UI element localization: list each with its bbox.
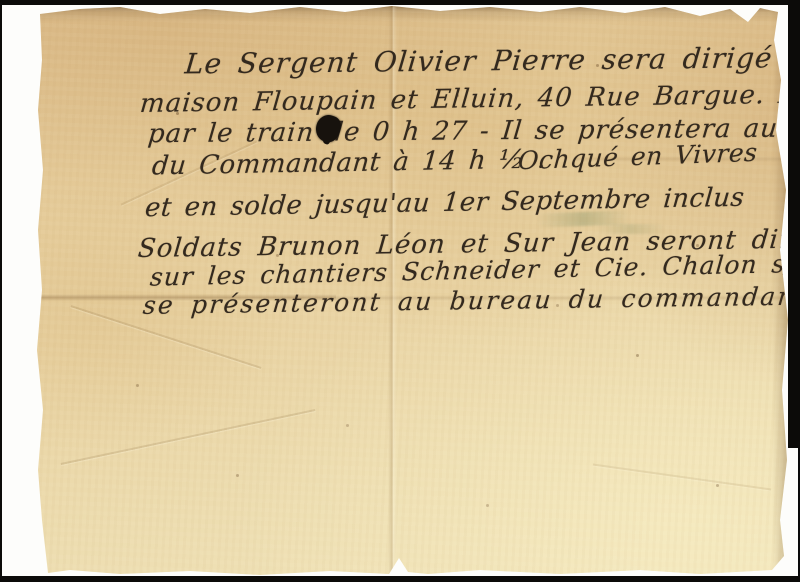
scan-border-left bbox=[0, 0, 2, 582]
handwritten-line-2: maison Floupain et Elluin, 40 Rue Bargue… bbox=[139, 79, 800, 119]
paper-crease bbox=[61, 409, 316, 465]
handwritten-line-5: et en solde jusqu'au 1er Septembre inclu… bbox=[144, 183, 746, 224]
scan-border-bottom bbox=[0, 576, 800, 582]
paper-crease bbox=[593, 463, 772, 490]
scanned-document-image: Le Sergent Olivier Pierre sera dirigé su… bbox=[0, 0, 800, 582]
document-paper: Le Sergent Olivier Pierre sera dirigé su… bbox=[36, 4, 788, 576]
handwritten-line-4: du Commandant à 14 h ½ . bbox=[151, 145, 548, 182]
handwritten-line-1: Le Sergent Olivier Pierre sera dirigé su… bbox=[183, 41, 800, 81]
scan-border-right bbox=[788, 0, 800, 448]
scan-border-top bbox=[0, 0, 800, 5]
